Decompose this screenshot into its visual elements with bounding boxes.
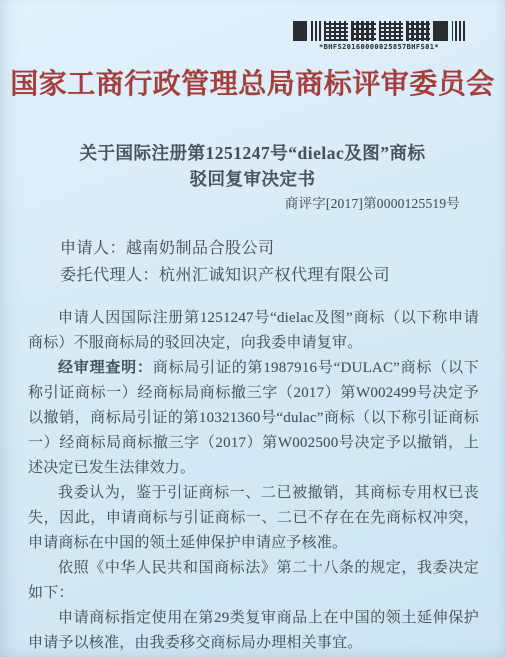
agent-row: 委托代理人：杭州汇诚知识产权代理有限公司	[28, 262, 479, 289]
subject-line-2: 驳回复审决定书	[0, 166, 505, 192]
applicant-label: 申请人：	[60, 240, 126, 257]
barcode-label: *BHFS20160000025857BHFS01*	[293, 43, 465, 51]
barcode-icon	[293, 21, 465, 42]
reference-number: 商评字[2017]第0000125519号	[0, 195, 460, 213]
barcode: *BHFS20160000025857BHFS01*	[293, 21, 465, 51]
applicant-row: 申请人：越南奶制品合股公司	[28, 235, 479, 262]
body-paragraph: 经审理查明：商标局引证的第1987916号“DULAC”商标（以下称引证商标一）…	[28, 356, 479, 481]
parties-block: 申请人：越南奶制品合股公司 委托代理人：杭州汇诚知识产权代理有限公司	[28, 235, 479, 289]
body-paragraph: 我委认为，鉴于引证商标一、二已被撤销，其商标专用权已丧失，因此，申请商标与引证商…	[28, 481, 479, 556]
agent-label: 委托代理人：	[60, 267, 159, 284]
document-subject: 关于国际注册第1251247号“dielac及图”商标 驳回复审决定书	[0, 140, 505, 192]
decision-body: 申请人因国际注册第1251247号“dielac及图”商标（以下称申请商标）不服…	[28, 306, 479, 656]
body-paragraph: 申请人因国际注册第1251247号“dielac及图”商标（以下称申请商标）不服…	[28, 306, 479, 356]
document-org-title: 国家工商行政管理总局商标评审委员会	[0, 64, 505, 106]
body-paragraph: 申请商标指定使用在第29类复审商品上在中国的领土延伸保护申请予以核准，由我委移交…	[28, 606, 479, 656]
subject-line-1: 关于国际注册第1251247号“dielac及图”商标	[0, 140, 505, 166]
document-page: *BHFS20160000025857BHFS01* 国家工商行政管理总局商标评…	[0, 0, 505, 657]
body-paragraph: 依照《中华人民共和国商标法》第二十八条的规定，我委决定如下：	[28, 556, 479, 606]
applicant-name: 越南奶制品合股公司	[126, 240, 275, 257]
agent-name: 杭州汇诚知识产权代理有限公司	[159, 267, 390, 284]
